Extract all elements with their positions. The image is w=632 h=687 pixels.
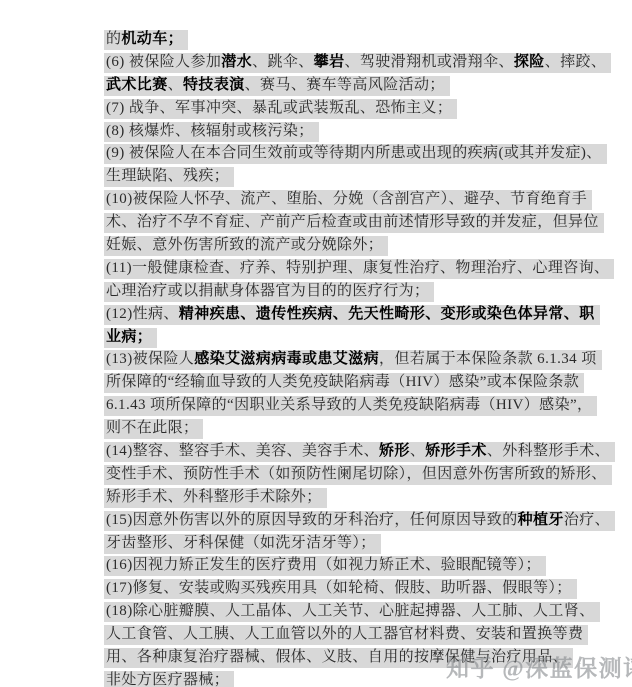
highlighted-text: (7) 战争、军事冲突、暴乱或武装叛乱、恐怖主义； — [104, 99, 457, 119]
text-line: 变性手术、预防性手术（如预防性阑尾切除），但因意外伤害所致的矫形、 — [104, 464, 620, 487]
highlighted-text: 变性手术、预防性手术（如预防性阑尾切除），但因意外伤害所致的矫形、 — [104, 465, 612, 485]
text-line: 妊娠、意外伤害所致的流产或分娩除外； — [104, 235, 620, 258]
highlighted-text: (17)修复、安装或购买残疾用具（如轮椅、假肢、助听器、假眼等）； — [104, 579, 577, 599]
highlighted-text: 6.1.43 项所保障的“因职业关系导致的人类免疫缺陷病毒（HIV）感染”， — [104, 396, 597, 416]
text-line: 生理缺陷、残疾； — [104, 166, 620, 189]
highlighted-text: (9) 被保险人在本合同生效前或等待期内所患或出现的疾病(或其并发症)、 — [104, 144, 607, 164]
text-line: (10)被保险人怀孕、流产、堕胎、分娩（含剖宫产）、避孕、节育绝育手 — [104, 189, 620, 212]
text-line: (6) 被保险人参加潜水、跳伞、攀岩、驾驶滑翔机或滑翔伞、探险、摔跤、 — [104, 52, 620, 75]
text-line: (9) 被保险人在本合同生效前或等待期内所患或出现的疾病(或其并发症)、 — [104, 143, 620, 166]
highlighted-text: 矫形手术、外科整形手术除外； — [104, 488, 327, 508]
highlighted-text: (12)性病、精神疾患、遗传性疾病、先天性畸形、变形或染色体异常、职 — [104, 305, 600, 325]
watermark: 知乎 @深蓝保测评 — [446, 650, 632, 683]
text-line: 所保障的“经输血导致的人类免疫缺陷病毒（HIV）感染”或本保险条款 — [104, 372, 620, 395]
text-line: (15)因意外伤害以外的原因导致的牙科治疗，任何原因导致的种植牙治疗、 — [104, 510, 620, 533]
text-line: (14)整容、整容手术、美容、美容手术、矫形、矫形手术、外科整形手术、 — [104, 441, 620, 464]
highlighted-text: 非处方医疗器械； — [104, 671, 234, 687]
text-line: 术、治疗不孕不育症、产前产后检查或由前述情形导致的并发症，但异位 — [104, 212, 620, 235]
text-line: 人工食管、人工胰、人工血管以外的人工器官材料费、安装和置换等费 — [104, 624, 620, 647]
highlighted-text: (6) 被保险人参加潜水、跳伞、攀岩、驾驶滑翔机或滑翔伞、探险、摔跤、 — [104, 53, 611, 73]
highlighted-text: 术、治疗不孕不育症、产前产后检查或由前述情形导致的并发症，但异位 — [104, 213, 604, 233]
highlighted-text: 人工食管、人工胰、人工血管以外的人工器官材料费、安装和置换等费 — [104, 625, 588, 645]
highlighted-text: (16)因视力矫正发生的医疗费用（如视力矫正术、验眼配镜等）； — [104, 556, 546, 576]
highlighted-text: 武术比赛、特技表演、赛马、赛车等高风险活动； — [104, 76, 450, 96]
text-line: (16)因视力矫正发生的医疗费用（如视力矫正术、验眼配镜等）； — [104, 555, 620, 578]
text-line: (8) 核爆炸、核辐射或核污染； — [104, 121, 620, 144]
text-line: 矫形手术、外科整形手术除外； — [104, 487, 620, 510]
text-line: (17)修复、安装或购买残疾用具（如轮椅、假肢、助听器、假眼等）； — [104, 578, 620, 601]
text-line: (18)除心脏瓣膜、人工晶体、人工关节、心脏起搏器、人工肺、人工肾、 — [104, 601, 620, 624]
document-body: 的机动车；(6) 被保险人参加潜水、跳伞、攀岩、驾驶滑翔机或滑翔伞、探险、摔跤、… — [104, 29, 620, 687]
highlighted-text: (18)除心脏瓣膜、人工晶体、人工关节、心脏起搏器、人工肺、人工肾、 — [104, 602, 600, 622]
highlighted-text: 妊娠、意外伤害所致的流产或分娩除外； — [104, 236, 388, 256]
text-line: (12)性病、精神疾患、遗传性疾病、先天性畸形、变形或染色体异常、职 — [104, 304, 620, 327]
highlighted-text: 心理治疗或以捐献身体器官为目的的医疗行为； — [104, 282, 434, 302]
highlighted-text: 生理缺陷、残疾； — [104, 167, 234, 187]
text-line: (13)被保险人感染艾滋病病毒或患艾滋病，但若属于本保险条款 6.1.34 项 — [104, 349, 620, 372]
highlighted-text: 牙齿整形、牙科保健（如洗牙洁牙等）； — [104, 534, 381, 554]
highlighted-text: (13)被保险人感染艾滋病病毒或患艾滋病，但若属于本保险条款 6.1.34 项 — [104, 350, 602, 370]
text-line: (11)一般健康检查、疗养、特别护理、康复性治疗、物理治疗、心理咨询、 — [104, 258, 620, 281]
text-line: 6.1.43 项所保障的“因职业关系导致的人类免疫缺陷病毒（HIV）感染”， — [104, 395, 620, 418]
highlighted-text: 所保障的“经输血导致的人类免疫缺陷病毒（HIV）感染”或本保险条款 — [104, 373, 584, 393]
text-line: 牙齿整形、牙科保健（如洗牙洁牙等）； — [104, 533, 620, 556]
highlighted-text: 则不在此限； — [104, 419, 203, 439]
highlighted-text: (10)被保险人怀孕、流产、堕胎、分娩（含剖宫产）、避孕、节育绝育手 — [104, 190, 592, 210]
highlighted-text: (8) 核爆炸、核辐射或核污染； — [104, 122, 319, 142]
text-line: 业病； — [104, 327, 620, 350]
highlighted-text: 的机动车； — [104, 30, 188, 50]
text-line: (7) 战争、军事冲突、暴乱或武装叛乱、恐怖主义； — [104, 98, 620, 121]
text-line: 的机动车； — [104, 29, 620, 52]
text-line: 则不在此限； — [104, 418, 620, 441]
highlighted-text: (15)因意外伤害以外的原因导致的牙科治疗，任何原因导致的种植牙治疗、 — [104, 511, 615, 531]
text-line: 武术比赛、特技表演、赛马、赛车等高风险活动； — [104, 75, 620, 98]
document-page: 的机动车；(6) 被保险人参加潜水、跳伞、攀岩、驾驶滑翔机或滑翔伞、探险、摔跤、… — [0, 0, 632, 687]
highlighted-text: (14)整容、整容手术、美容、美容手术、矫形、矫形手术、外科整形手术、 — [104, 442, 615, 462]
highlighted-text: (11)一般健康检查、疗养、特别护理、康复性治疗、物理治疗、心理咨询、 — [104, 259, 614, 279]
text-line: 心理治疗或以捐献身体器官为目的的医疗行为； — [104, 281, 620, 304]
highlighted-text: 业病； — [104, 328, 157, 348]
